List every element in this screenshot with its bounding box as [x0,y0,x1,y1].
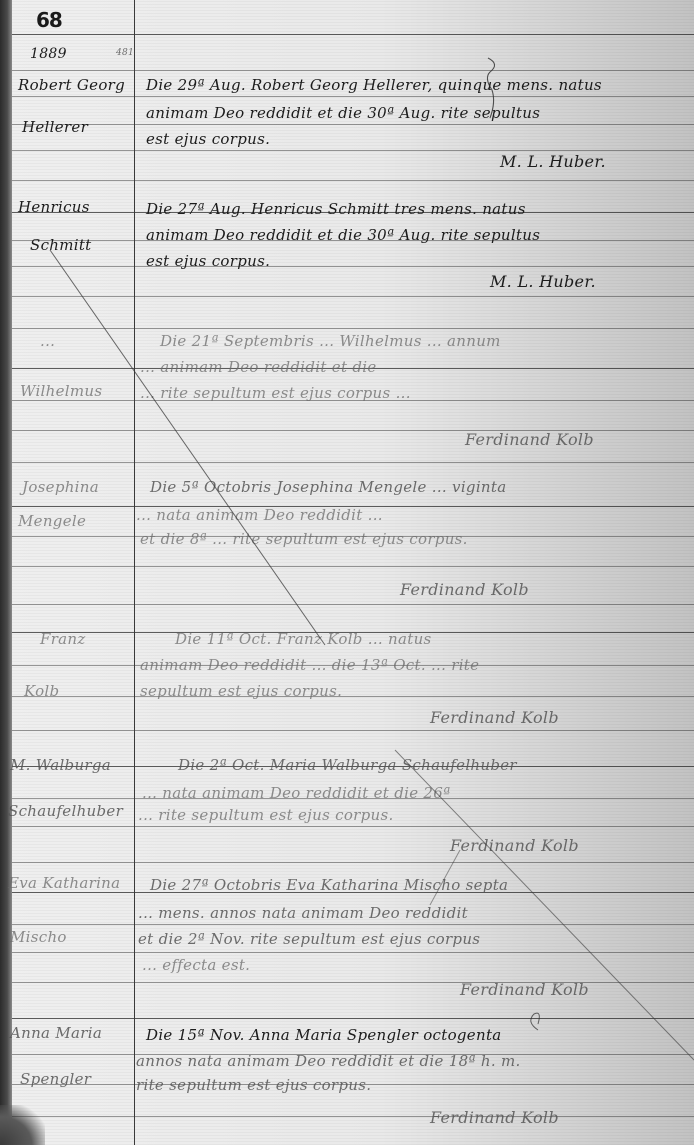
margin-name-line: Mengele [18,512,86,530]
entry-text-line: sepultum est ejus corpus. [140,682,342,700]
margin-name-line: Franz [40,630,86,648]
entry-text-line: ... rite sepultum est ejus corpus. [138,806,394,824]
entry-text-line: rite sepultum est ejus corpus. [136,1076,371,1094]
margin-name-line: ... [40,332,55,350]
diagonal-cancel-lines [0,0,694,1145]
priest-signature: M. L. Huber. [500,152,606,171]
ruling-line [12,604,694,605]
margin-name-line: Eva Katharina [8,874,120,892]
margin-name-line: Schmitt [30,236,92,254]
ruling-line [12,70,694,71]
margin-note: 481 [116,48,134,58]
ruling-line [12,1116,694,1117]
entry-text-line: Die 2ª Oct. Maria Walburga Schaufelhuber [178,756,517,774]
entry-text-line: animam Deo reddidit ... die 13ª Oct. ...… [140,656,479,674]
priest-signature: Ferdinand Kolb [450,836,579,855]
ruling-line [12,952,694,953]
entry-text-line: Die 27ª Octobris Eva Katharina Mischo se… [150,876,508,894]
ruling-line [12,982,694,983]
entry-text-line: ... rite sepultum est ejus corpus ... [140,384,411,402]
entry-text-line: annos nata animam Deo reddidit et die 18… [136,1052,521,1070]
margin-name-line: Henricus [18,198,90,216]
ruling-line [12,696,694,697]
margin-name-line: Spengler [20,1070,91,1088]
margin-name-line: Mischo [10,928,67,946]
margin-name-line: Anna Maria [10,1024,102,1042]
ruling-line [12,862,694,863]
ruling-line [12,180,694,181]
entry-text-line: ... mens. annos nata animam Deo reddidit [138,904,468,922]
binding-corner-shadow [0,1105,45,1145]
ruling-line [12,328,694,329]
ruling-line [12,96,694,97]
entry-text-line: et die 8ª ... rite sepultum est ejus cor… [140,530,468,548]
margin-name-line: Kolb [24,682,59,700]
margin-column-divider [134,0,135,1145]
ruling-line [12,34,694,35]
ruling-line [12,124,694,125]
ruling-line [12,566,694,567]
ruling-line [12,924,694,925]
entry-text-line: Die 21ª Septembris ... Wilhelmus ... ann… [160,332,501,350]
entry-text-line: Die 15ª Nov. Anna Maria Spengler octogen… [146,1026,502,1044]
margin-name-line: Josephina [22,478,99,496]
ruling-line [12,826,694,827]
priest-signature: Ferdinand Kolb [465,430,594,449]
book-binding-shadow [0,0,12,1145]
entry-text-line: Die 5ª Octobris Josephina Mengele ... vi… [150,478,506,496]
entry-text-line: ... nata animam Deo reddidit ... [136,506,383,524]
margin-name-line: Robert Georg [18,76,125,94]
ruling-line [12,266,694,267]
priest-signature: Ferdinand Kolb [460,980,589,999]
ruling-line [12,150,694,151]
entry-text-line: ... animam Deo reddidit et die [140,358,377,376]
year-label: 1889 [30,46,67,62]
register-page: 68 1889 481 Robert Georg Hellerer Die 29… [0,0,694,1145]
priest-signature: Ferdinand Kolb [430,708,559,727]
margin-name-line: Wilhelmus [20,382,102,400]
entry-text-line: animam Deo reddidit et die 30ª Aug. rite… [146,104,540,122]
entry-text-line: Die 29ª Aug. Robert Georg Hellerer, quin… [146,76,602,94]
entry-text-line: ... effecta est. [142,956,250,974]
priest-signature: M. L. Huber. [490,272,596,291]
entry-text-line: est ejus corpus. [146,252,270,270]
ruling-line [12,1018,694,1019]
entry-text-line: ... nata animam Deo reddidit et die 26ª [142,784,451,802]
ruling-line [12,730,694,731]
page-number: 68 [36,8,62,32]
entry-text-line: Die 27ª Aug. Henricus Schmitt tres mens.… [146,200,526,218]
priest-signature: Ferdinand Kolb [400,580,529,599]
priest-signature: Ferdinand Kolb [430,1108,559,1127]
ruling-line [12,296,694,297]
entry-text-line: Die 11ª Oct. Franz Kolb ... natus [175,630,432,648]
entry-text-line: animam Deo reddidit et die 30ª Aug. rite… [146,226,540,244]
margin-name-line: Hellerer [22,118,88,136]
entry-text-line: est ejus corpus. [146,130,270,148]
margin-name-line: Schaufelhuber [8,802,123,820]
margin-name-line: M. Walburga [10,756,111,774]
ruling-line [12,462,694,463]
entry-text-line: et die 2ª Nov. rite sepultum est ejus co… [138,930,480,948]
